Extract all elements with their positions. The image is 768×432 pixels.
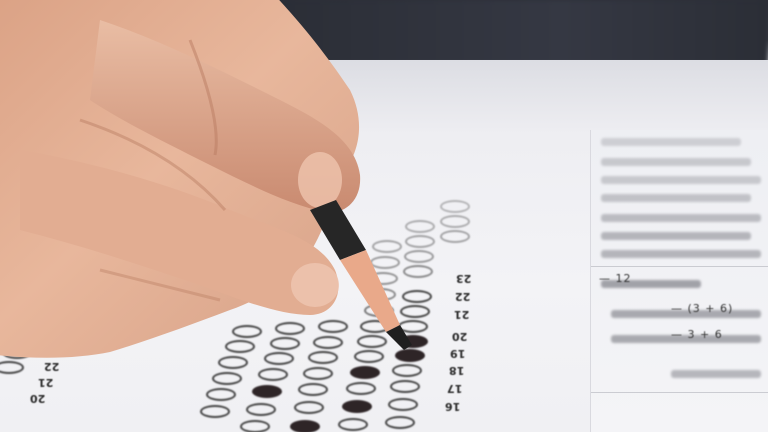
question-number: 21: [454, 308, 469, 321]
pencil-body: [310, 200, 366, 260]
question-number: 19: [450, 347, 465, 360]
pencil-wood: [340, 250, 400, 332]
photo-scene: — 12 — (3 + 6) — 3 + 6: [0, 0, 768, 432]
question-number: 16: [445, 400, 460, 413]
question-number: 20: [452, 330, 467, 343]
question-number: 17: [447, 382, 462, 395]
question-number: 21: [38, 376, 53, 389]
question-number: 20: [30, 392, 45, 405]
question-number: 22: [455, 290, 470, 303]
question-number: 23: [456, 272, 471, 285]
pencil: [300, 200, 430, 360]
question-number: 22: [44, 360, 59, 373]
question-number: 18: [449, 364, 464, 377]
